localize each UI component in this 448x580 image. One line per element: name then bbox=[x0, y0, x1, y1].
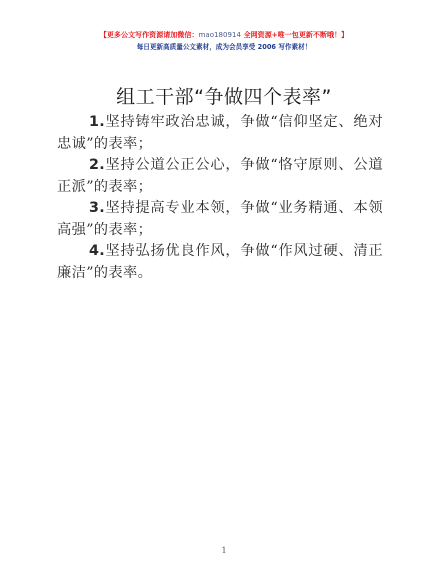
paragraph-number: 1. bbox=[89, 114, 105, 130]
paragraph-4: 4.坚持弘扬优良作风，争做“作风过硬、清正廉洁”的表率。 bbox=[57, 241, 383, 284]
document-title: 组工干部“争做四个表率” bbox=[0, 82, 448, 109]
paragraph-3: 3.坚持提高专业本领，争做“业务精通、本领高强”的表率； bbox=[57, 198, 383, 241]
document-page: 【更多公文写作资源请加微信：mao180914 全网资源+唯一包更新不断哦！】 … bbox=[0, 0, 448, 580]
paragraph-text: 坚持铸牢政治忠诚，争做“信仰坚定、绝对忠诚”的表率； bbox=[57, 114, 383, 152]
promo-header-line-1: 【更多公文写作资源请加微信：mao180914 全网资源+唯一包更新不断哦！】 bbox=[0, 30, 448, 40]
paragraph-text: 坚持弘扬优良作风，争做“作风过硬、清正廉洁”的表率。 bbox=[57, 243, 383, 281]
paragraph-1: 1.坚持铸牢政治忠诚，争做“信仰坚定、绝对忠诚”的表率； bbox=[57, 112, 383, 155]
paragraph-number: 4. bbox=[89, 243, 105, 259]
paragraph-text: 坚持公道公正公心，争做“恪守原则、公道正派”的表率； bbox=[57, 157, 383, 195]
paragraph-text: 坚持提高专业本领，争做“业务精通、本领高强”的表率； bbox=[57, 200, 383, 238]
promo-header-line-2: 每日更新高质量公文素材，成为会员享受 2006 写作素材！ bbox=[0, 41, 448, 51]
document-body: 1.坚持铸牢政治忠诚，争做“信仰坚定、绝对忠诚”的表率； 2.坚持公道公正公心，… bbox=[57, 112, 383, 284]
promo-text-prefix: 【更多公文写作资源请加微信： bbox=[100, 31, 199, 39]
paragraph-2: 2.坚持公道公正公心，争做“恪守原则、公道正派”的表率； bbox=[57, 155, 383, 198]
promo-text-suffix: 全网资源+唯一包更新不断哦！】 bbox=[241, 31, 348, 39]
page-number: 1 bbox=[0, 546, 448, 555]
paragraph-number: 2. bbox=[89, 157, 105, 173]
paragraph-number: 3. bbox=[89, 200, 105, 216]
wechat-id: mao180914 bbox=[199, 31, 242, 39]
